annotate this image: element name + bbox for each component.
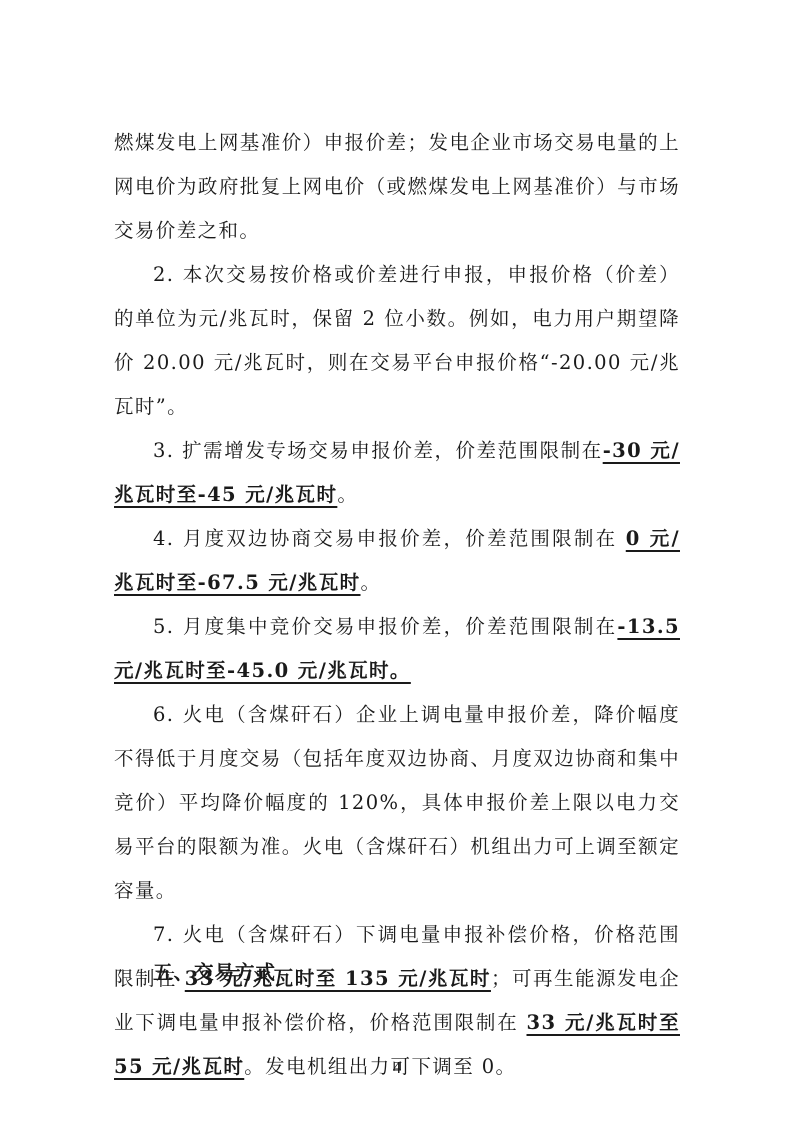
item-2: 2. 本次交易按价格或价差进行申报，申报价格（价差）的单位为元/兆瓦时，保留 2… xyxy=(114,253,680,429)
item-number: 5. xyxy=(153,615,174,638)
document-page: 燃煤发电上网基准价）申报价差；发电企业市场交易电量的上网电价为政府批复上网电价（… xyxy=(0,0,794,1123)
item-number: 6. xyxy=(153,703,174,726)
item-5: 5. 月度集中竞价交易申报价差，价差范围限制在-13.5 元/兆瓦时至-45.0… xyxy=(114,605,680,693)
item-text: 火电（含煤矸石）企业上调电量申报价差，降价幅度不得低于月度交易（包括年度双边协商… xyxy=(114,703,680,902)
item-number: 4. xyxy=(153,527,174,550)
body-text: 燃煤发电上网基准价）申报价差；发电企业市场交易电量的上网电价为政府批复上网电价（… xyxy=(114,121,680,1089)
item-text: 扩需增发专场交易申报价差，价差范围限制在 xyxy=(182,439,603,462)
item-6: 6. 火电（含煤矸石）企业上调电量申报价差，降价幅度不得低于月度交易（包括年度双… xyxy=(114,693,680,913)
item-text: 本次交易按价格或价差进行申报，申报价格（价差）的单位为元/兆瓦时，保留 2 位小… xyxy=(114,263,680,418)
section-heading: 五、交易方式 xyxy=(153,957,276,985)
item-text-end: 。 xyxy=(361,571,382,594)
item-text: 月度集中竞价交易申报价差，价差范围限制在 xyxy=(183,615,618,638)
item-3: 3. 扩需增发专场交易申报价差，价差范围限制在-30 元/兆瓦时至-45 元/兆… xyxy=(114,429,680,517)
item-number: 2. xyxy=(153,263,174,286)
item-4: 4. 月度双边协商交易申报价差，价差范围限制在 0 元/兆瓦时至-67.5 元/… xyxy=(114,517,680,605)
item-number: 3. xyxy=(153,439,174,462)
continuation-text: 燃煤发电上网基准价）申报价差；发电企业市场交易电量的上网电价为政府批复上网电价（… xyxy=(114,131,680,242)
paragraph-continuation: 燃煤发电上网基准价）申报价差；发电企业市场交易电量的上网电价为政府批复上网电价（… xyxy=(114,121,680,253)
item-number: 7. xyxy=(153,923,174,946)
item-text: 月度双边协商交易申报价差，价差范围限制在 xyxy=(183,527,626,550)
page-number: 4 xyxy=(0,1058,794,1078)
item-text-end: 。 xyxy=(337,483,358,506)
